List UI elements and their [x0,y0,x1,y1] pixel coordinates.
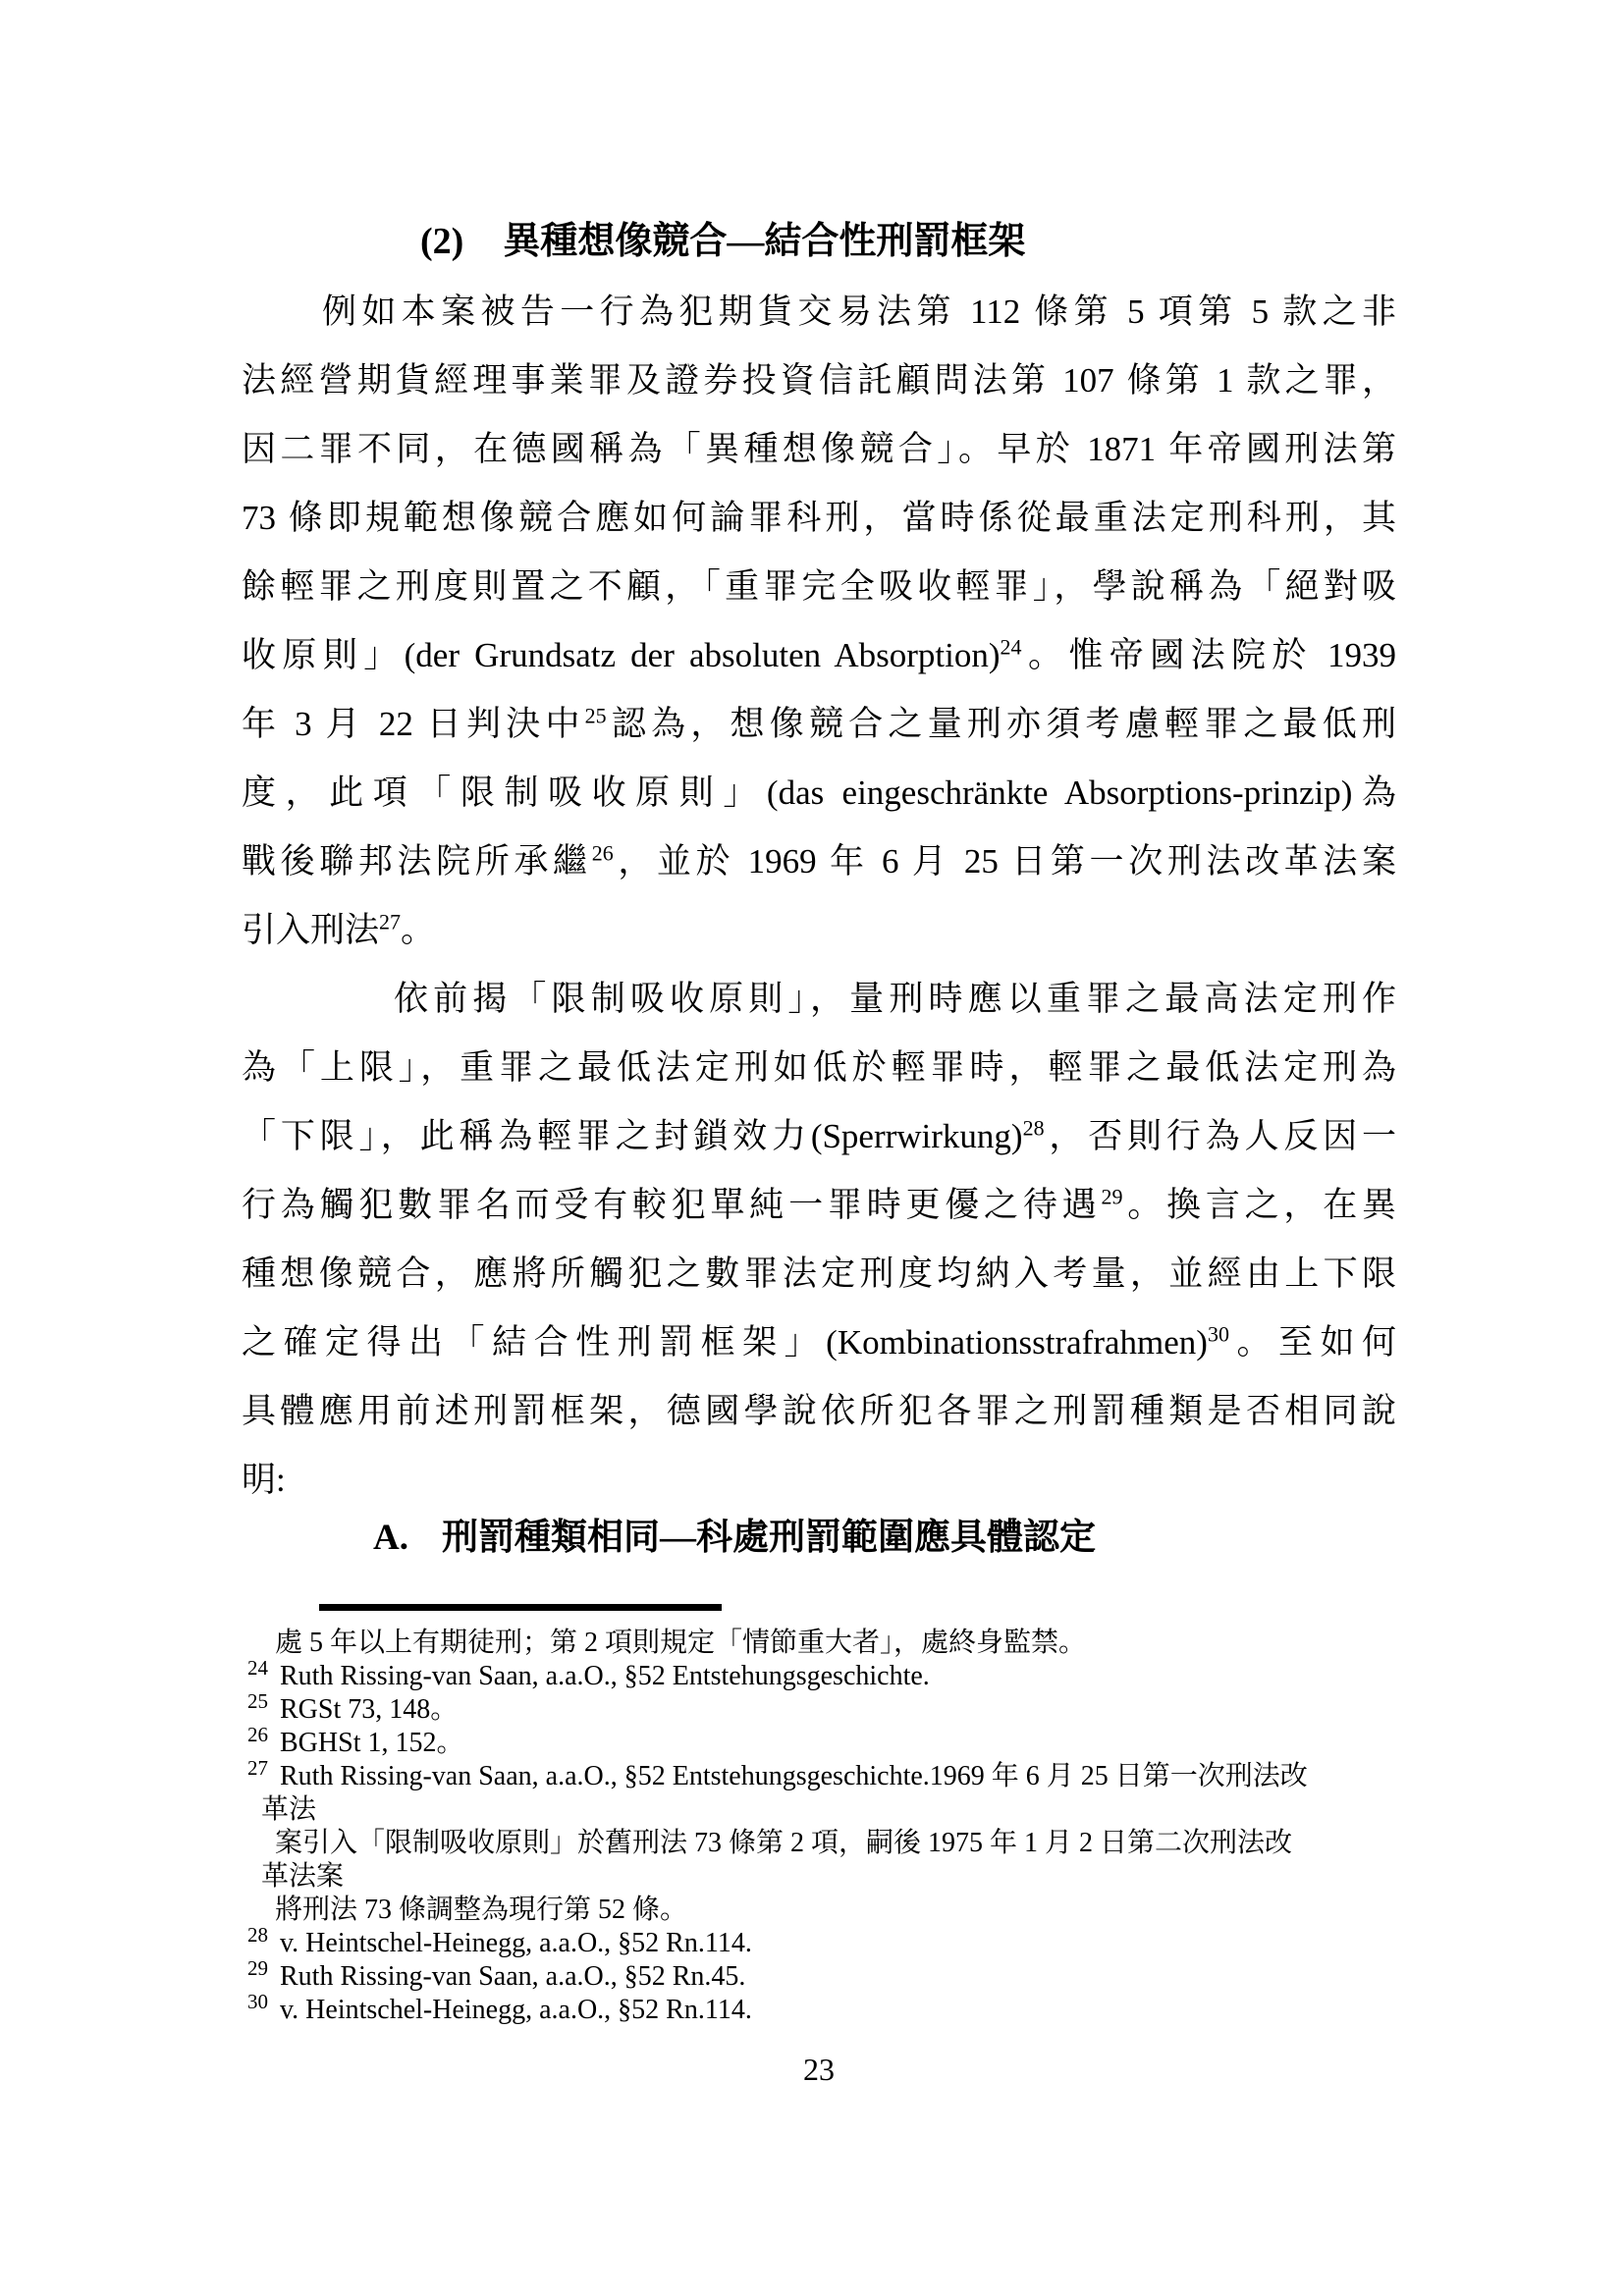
footnote-number: 25 [247,1689,268,1713]
text-line: 具體應用前述刑罰框架，德國學說依所犯各罪之刑罰種類是否相同說 [242,1377,1396,1446]
section-title: (2)異種想像競合—結合性刑罰框架 [242,207,1396,276]
footnote-text: Ruth Rissing-van Saan, a.a.O., §52 Entst… [280,1661,930,1691]
text-line: 度，此項「限制吸收原則」(das eingeschränkte Absorpti… [242,759,1396,828]
text-segment: 餘輕罪之刑度則置之不顧，「重罪完全吸收輕罪」，學說稱為「絕對吸 [242,567,1396,606]
footnote-ref: 26 [592,840,614,865]
footnote-line: 將刑法 73 條調整為現行第 52 條。 [242,1894,1396,1927]
text-segment: 法經營期貨經理事業罪及證券投資信託顧問法第 107 條第 1 款之罪， [242,361,1396,400]
footnote-number: 24 [247,1656,268,1680]
footnote-number: 29 [247,1956,268,1980]
footnote-number: 26 [247,1723,268,1746]
footnote-number: 28 [247,1923,268,1947]
footnote-number: 27 [247,1756,268,1780]
footnote-line: 30v. Heintschel-Heinegg, a.a.O., §52 Rn.… [242,1994,1396,2027]
text-line: 戰後聯邦法院所承繼26，並於 1969 年 6 月 25 日第一次刑法改革法案 [242,828,1396,896]
footnote-line: 29Ruth Rissing-van Saan, a.a.O., §52 Rn.… [242,1960,1396,1994]
text-segment: 。惟帝國法院於 1939 [1022,636,1396,674]
subsection-label: A. [373,1518,408,1558]
text-segment: 收原則」(der Grundsatz der absoluten Absorpt… [242,636,1001,674]
footnote-line: 24Ruth Rissing-van Saan, a.a.O., §52 Ent… [242,1660,1396,1693]
text-segment: 依前揭「限制吸收原則」，量刑時應以重罪之最高法定刑作 [394,980,1396,1018]
footnote-ref: 24 [1001,634,1022,659]
text-segment: 度，此項「限制吸收原則」(das eingeschränkte Absorpti… [242,774,1396,812]
text-segment: 例如本案被告一行為犯期貨交易法第 112 條第 5 項第 5 款之非 [322,293,1396,331]
text-line: 法經營期貨經理事業罪及證券投資信託顧問法第 107 條第 1 款之罪， [242,347,1396,415]
footnote-line: 革法案 [242,1860,1396,1894]
footnote-line: 27Ruth Rissing-van Saan, a.a.O., §52 Ent… [242,1760,1396,1793]
footnote-text: RGSt 73, 148。 [280,1694,458,1725]
text-segment: 明: [242,1461,286,1499]
text-segment: 73 條即規範想像競合應如何論罪科刑，當時係從最重法定刑科刑，其 [242,499,1396,537]
document-page: (2)異種想像競合—結合性刑罰框架 例如本案被告一行為犯期貨交易法第 112 條… [0,0,1624,2296]
text-segment: 種想像競合，應將所觸犯之數罪法定刑度均納入考量，並經由上下限 [242,1255,1396,1293]
text-segment: ，並於 1969 年 6 月 25 日第一次刑法改革法案 [614,842,1396,881]
subsection-title-text: 刑罰種類相同—科處刑罰範圍應具體認定 [442,1518,1096,1558]
footnote-ref: 29 [1101,1184,1122,1208]
text-segment: 年 3 月 22 日判決中 [242,705,585,743]
section-title-text: 異種想像競合—結合性刑罰框架 [503,221,1025,262]
text-line: 引入刑法27。 [242,896,1396,965]
text-segment: 因二罪不同，在德國稱為「異種想像競合」。早於 1871 年帝國刑法第 [242,430,1396,468]
footnote-line: 案引入「限制吸收原則」於舊刑法 73 條第 2 項，嗣後 1975 年 1 月 … [242,1827,1396,1860]
text-segment: 之確定得出「結合性刑罰框架」(Kombinationsstrafrahmen) [242,1323,1208,1362]
text-segment: 認為，想像競合之量刑亦須考慮輕罪之最低刑 [607,705,1396,743]
text-segment: 行為觸犯數罪名而受有較犯單純一罪時更優之待遇 [242,1186,1101,1224]
text-segment: ，否則行為人反因一 [1045,1117,1396,1155]
footnote-line: 25RGSt 73, 148。 [242,1693,1396,1727]
page-number: 23 [242,2050,1396,2089]
paragraph-2: 依前揭「限制吸收原則」，量刑時應以重罪之最高法定刑作為「上限」，重罪之最低法定刑… [242,965,1396,1515]
footnote-text: 案引入「限制吸收原則」於舊刑法 73 條第 2 項，嗣後 1975 年 1 月 … [275,1828,1292,1858]
footnote-text: Ruth Rissing-van Saan, a.a.O., §52 Rn.45… [280,1961,745,1992]
footnote-line: 26BGHSt 1, 152。 [242,1727,1396,1760]
text-line: 年 3 月 22 日判決中25認為，想像競合之量刑亦須考慮輕罪之最低刑 [242,690,1396,759]
footnote-ref: 25 [585,703,607,727]
text-segment: 。至如何 [1229,1323,1396,1362]
section-number: (2) [420,221,463,262]
footnote-ref: 27 [379,909,401,934]
text-segment: 。 [401,911,435,949]
text-line: 「下限」，此稱為輕罪之封鎖效力(Sperrwirkung)28，否則行為人反因一 [242,1102,1396,1171]
footnote-number: 30 [247,1990,268,2013]
text-segment: 「下限」，此稱為輕罪之封鎖效力(Sperrwirkung) [242,1117,1023,1155]
subsection-heading: A.刑罰種類相同—科處刑罰範圍應具體認定 [242,1504,1396,1573]
text-line: 為「上限」，重罪之最低法定刑如低於輕罪時，輕罪之最低法定刑為 [242,1034,1396,1102]
footnote-text: 處 5 年以上有期徒刑；第 2 項則規定「情節重大者」，處終身監禁。 [275,1628,1086,1658]
paragraph-1: 例如本案被告一行為犯期貨交易法第 112 條第 5 項第 5 款之非法經營期貨經… [242,278,1396,965]
text-line: 73 條即規範想像競合應如何論罪科刑，當時係從最重法定刑科刑，其 [242,484,1396,553]
footnote-ref: 30 [1208,1321,1229,1346]
text-line: 之確定得出「結合性刑罰框架」(Kombinationsstrafrahmen)3… [242,1308,1396,1377]
text-line: 例如本案被告一行為犯期貨交易法第 112 條第 5 項第 5 款之非 [242,278,1396,347]
footnote-line: 28v. Heintschel-Heinegg, a.a.O., §52 Rn.… [242,1927,1396,1960]
footnote-separator [319,1604,722,1611]
text-line: 因二罪不同，在德國稱為「異種想像競合」。早於 1871 年帝國刑法第 [242,415,1396,484]
text-segment: 具體應用前述刑罰框架，德國學說依所犯各罪之刑罰種類是否相同說 [242,1392,1396,1430]
text-line: 行為觸犯數罪名而受有較犯單純一罪時更優之待遇29。換言之，在異 [242,1171,1396,1240]
text-segment: 為「上限」，重罪之最低法定刑如低於輕罪時，輕罪之最低法定刑為 [242,1048,1396,1087]
text-segment: 引入刑法 [242,911,379,949]
text-line: 依前揭「限制吸收原則」，量刑時應以重罪之最高法定刑作 [242,965,1396,1034]
footnote-text: BGHSt 1, 152。 [280,1728,463,1758]
text-line: 種想像競合，應將所觸犯之數罪法定刑度均納入考量，並經由上下限 [242,1240,1396,1308]
text-line: 收原則」(der Grundsatz der absoluten Absorpt… [242,621,1396,690]
footnote-text: Ruth Rissing-van Saan, a.a.O., §52 Entst… [280,1761,1308,1791]
footnote-ref: 28 [1023,1115,1045,1140]
footnotes: 處 5 年以上有期徒刑；第 2 項則規定「情節重大者」，處終身監禁。24Ruth… [242,1627,1396,2027]
footnote-line: 處 5 年以上有期徒刑；第 2 項則規定「情節重大者」，處終身監禁。 [242,1627,1396,1660]
footnote-text: 革法 [261,1794,316,1825]
footnote-text: v. Heintschel-Heinegg, a.a.O., §52 Rn.11… [280,1995,752,2025]
footnote-text: 革法案 [261,1861,344,1892]
text-segment: 戰後聯邦法院所承繼 [242,842,592,881]
footnote-text: 將刑法 73 條調整為現行第 52 條。 [275,1895,687,1925]
footnote-line: 革法 [242,1793,1396,1827]
text-line: 餘輕罪之刑度則置之不顧，「重罪完全吸收輕罪」，學說稱為「絕對吸 [242,553,1396,621]
text-segment: 。換言之，在異 [1122,1186,1396,1224]
footnote-text: v. Heintschel-Heinegg, a.a.O., §52 Rn.11… [280,1928,752,1958]
